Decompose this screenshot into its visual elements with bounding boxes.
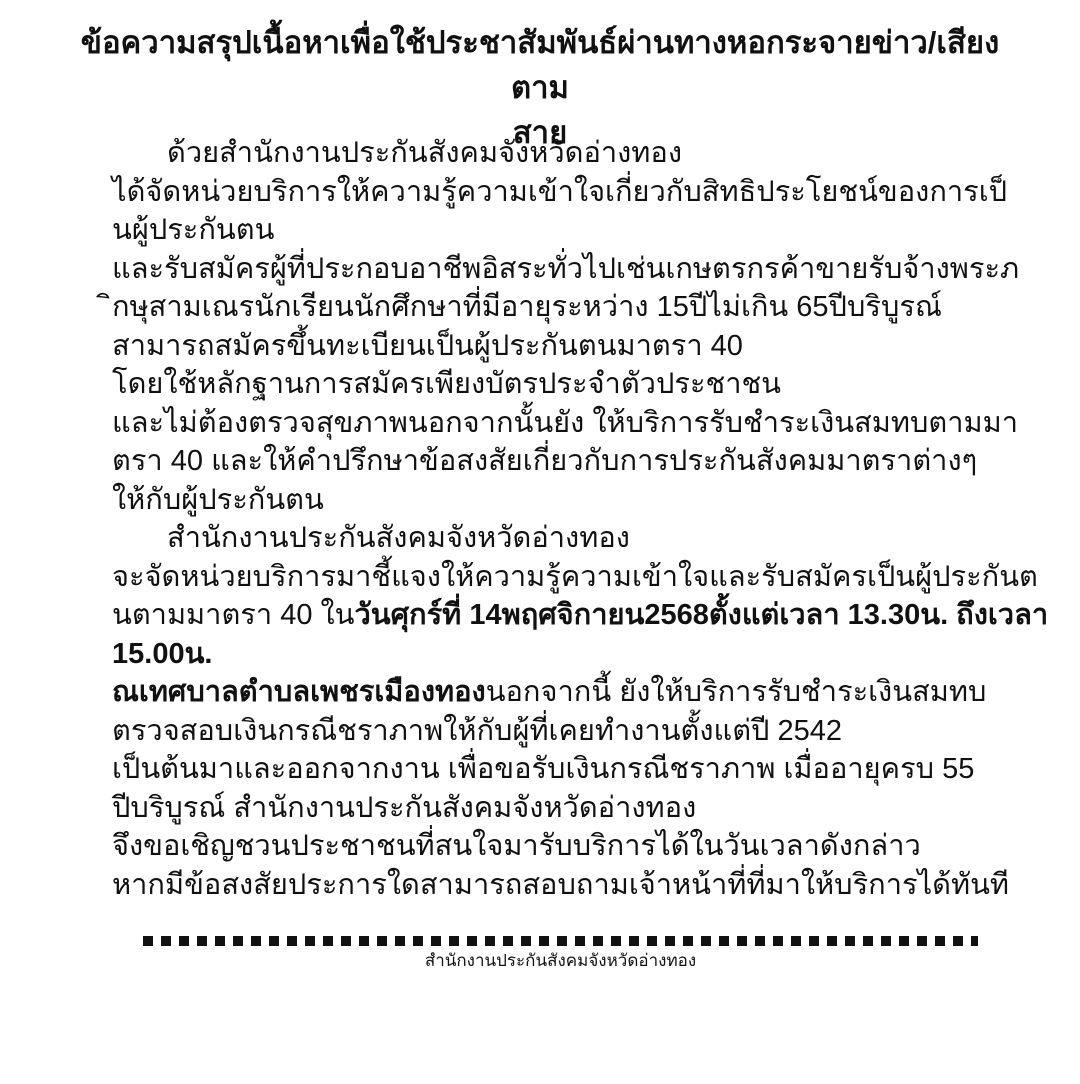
text-segment: สำนักงานประกันสังคมจังหวัดอ่างทอง: [167, 522, 630, 554]
text-segment: ได้จัดหน่วยบริการให้ความรู้ความเข้าใจเกี…: [112, 176, 1007, 208]
body-line: นผู้ประกันตน: [112, 211, 992, 250]
text-segment: หากมีข้อสงสัยประการใดสามารถสอบถามเจ้าหน้…: [112, 869, 1009, 901]
text-segment: ิกษุสามเณรนักเรียนนักศึกษาที่มีอายุระหว่…: [112, 291, 942, 323]
body-line: โดยใช้หลักฐานการสมัครเพียงบัตรประจำตัวปร…: [112, 365, 992, 404]
body-line: ปีบริบูรณ์ สำนักงานประกันสังคมจังหวัดอ่า…: [112, 789, 992, 828]
document-page: ข้อความสรุปเนื้อหาเพื่อใช้ประชาสัมพันธ์ผ…: [0, 0, 1080, 1084]
body-line: หากมีข้อสงสัยประการใดสามารถสอบถามเจ้าหน้…: [112, 866, 992, 905]
text-segment: ปีบริบูรณ์ สำนักงานประกันสังคมจังหวัดอ่า…: [112, 792, 696, 824]
body-line: และรับสมัครผู้ที่ประกอบอาชีพอิสระทั่วไปเ…: [112, 250, 992, 289]
body-line: ณเทศบาลตำบลเพชรเมืองทองนอกจากนี้ ยังให้บ…: [112, 673, 992, 712]
body-line: ิกษุสามเณรนักเรียนนักศึกษาที่มีอายุระหว่…: [112, 288, 992, 327]
body-line: 15.00น.: [112, 635, 992, 674]
body-line: ด้วยสำนักงานประกันสังคมจังหวัดอ่างทอง: [112, 134, 992, 173]
text-segment: นอกจากนี้ ยังให้บริการรับชำระเงินสมทบ: [486, 676, 987, 708]
text-segment: วันศุกร์ที่ 14พฤศจิกายน2568ตั้งแต่เวลา 1…: [355, 599, 1049, 631]
text-segment: ตรวจสอบเงินกรณีชราภาพให้กับผู้ที่เคยทำงา…: [112, 715, 842, 747]
text-segment: 15.00น.: [112, 638, 212, 670]
body-line: สามารถสมัครขึ้นทะเบียนเป็นผู้ประกันตนมาต…: [112, 327, 992, 366]
page-title-line-1: ข้อความสรุปเนื้อหาเพื่อใช้ประชาสัมพันธ์ผ…: [81, 25, 999, 105]
dotted-separator: [143, 936, 978, 946]
document-body: ด้วยสำนักงานประกันสังคมจังหวัดอ่างทองได้…: [112, 134, 992, 904]
body-line: เป็นต้นมาและออกจากงาน เพื่อขอรับเงินกรณี…: [112, 750, 992, 789]
body-line: ได้จัดหน่วยบริการให้ความรู้ความเข้าใจเกี…: [112, 173, 992, 212]
text-segment: นผู้ประกันตน: [112, 214, 274, 246]
body-line: นตามมาตรา 40 ในวันศุกร์ที่ 14พฤศจิกายน25…: [112, 596, 992, 635]
body-line: ให้กับผู้ประกันตน: [112, 481, 992, 520]
body-line: จะจัดหน่วยบริการมาชี้แจงให้ความรู้ความเข…: [112, 558, 992, 597]
text-segment: นตามมาตรา 40 ใน: [112, 599, 355, 631]
body-line: ตรา 40 และให้คำปรึกษาข้อสงสัยเกี่ยวกับกา…: [112, 442, 992, 481]
text-segment: สามารถสมัครขึ้นทะเบียนเป็นผู้ประกันตนมาต…: [112, 330, 743, 362]
body-line: และไม่ต้องตรวจสุขภาพนอกจากนั้นยัง ให้บริ…: [112, 404, 992, 443]
text-segment: จึงขอเชิญชวนประชาชนที่สนใจมารับบริการได้…: [112, 830, 921, 862]
text-segment: ณเทศบาลตำบลเพชรเมืองทอง: [112, 676, 486, 708]
text-segment: ตรา 40 และให้คำปรึกษาข้อสงสัยเกี่ยวกับกา…: [112, 445, 977, 477]
text-segment: โดยใช้หลักฐานการสมัครเพียงบัตรประจำตัวปร…: [112, 368, 781, 400]
text-segment: และรับสมัครผู้ที่ประกอบอาชีพอิสระทั่วไปเ…: [112, 253, 1019, 285]
text-segment: ให้กับผู้ประกันตน: [112, 484, 324, 516]
text-segment: จะจัดหน่วยบริการมาชี้แจงให้ความรู้ความเข…: [112, 561, 1038, 593]
text-segment: ด้วยสำนักงานประกันสังคมจังหวัดอ่างทอง: [167, 137, 682, 169]
body-line: สำนักงานประกันสังคมจังหวัดอ่างทอง: [112, 519, 992, 558]
text-segment: และไม่ต้องตรวจสุขภาพนอกจากนั้นยัง ให้บริ…: [112, 407, 1018, 439]
footer-org-name: สำนักงานประกันสังคมจังหวัดอ่างทอง: [143, 948, 978, 974]
body-line: จึงขอเชิญชวนประชาชนที่สนใจมารับบริการได้…: [112, 827, 992, 866]
text-segment: เป็นต้นมาและออกจากงาน เพื่อขอรับเงินกรณี…: [112, 753, 974, 785]
body-line: ตรวจสอบเงินกรณีชราภาพให้กับผู้ที่เคยทำงา…: [112, 712, 992, 751]
